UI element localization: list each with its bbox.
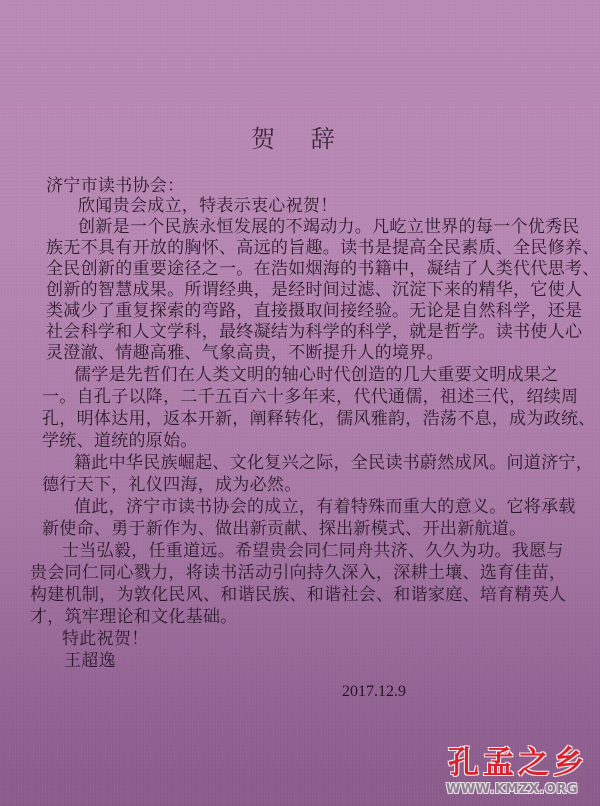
letter-page: 贺 辞 济宁市读书协会： 欣闻贵会成立，特表示衷心祝贺！ 创新是一个民族永恒发展… [0, 0, 600, 806]
document-title: 贺 辞 [0, 119, 600, 154]
body-line: 类减少了重复探索的弯路，直接摄取间接经验。无论是自然科学，还是 [46, 301, 582, 321]
body-line: 儒学是先哲们在人类文明的轴心时代创造的几大重要文明成果之 [74, 365, 558, 385]
watermark-site-name: 孔孟之乡 [448, 746, 588, 780]
salutation: 济宁市读书协会： [46, 176, 184, 196]
body-line: 欣闻贵会成立，特表示衷心祝贺！ [78, 196, 338, 216]
body-line: 创新是一个民族永恒发展的不竭动力。凡屹立世界的每一个优秀民 [78, 217, 580, 237]
body-line: 值此，济宁市读书协会的成立，有着特殊而重大的意义。它将承载 [74, 497, 576, 517]
document-date: 2017.12.9 [342, 683, 406, 701]
body-line: 构建机制，为敦化民风、和谐民族、和谐社会、和谐家庭、培育精英人 [30, 585, 566, 605]
body-line: 创新的智慧成果。所谓经典，是经时间过滤、沉淀下来的精华，它使人 [46, 280, 582, 300]
body-line: 全民创新的重要途径之一。在浩如烟海的书籍中，凝结了人类代代思考、 [46, 259, 600, 279]
body-line: 德行天下，礼仪四海，成为必然。 [42, 475, 302, 495]
body-line: 孔，明体达用，返本开新，阐释转化，儒风雅韵，浩荡不息，成为政统、 [42, 409, 596, 429]
signature: 王超逸 [64, 651, 116, 671]
body-line: 贵会同仁同心戮力，将读书活动引向持久深入，深耕土壤、选育佳苗， [30, 563, 566, 583]
body-line: 籍此中华民族崛起、文化复兴之际，全民读书蔚然成风。问道济宁， [74, 453, 593, 473]
body-line: 灵澄澈、情趣高雅、气象高贵，不断提升人的境界。 [46, 343, 444, 363]
body-line: 士当弘毅，任重道远。希望贵会同仁同舟共济、久久为功。我愿与 [62, 541, 564, 561]
body-line: 族无不具有开放的胸怀、高远的旨趣。读书是提高全民素质、全民修养、 [46, 238, 600, 258]
closing-line: 特此祝贺！ [62, 629, 149, 649]
site-watermark: 孔孟之乡 WWW.KMZX.ORG [440, 746, 600, 806]
body-line: 才，筑牢理论和文化基础。 [30, 607, 238, 627]
body-line: 新使命、勇于新作为、做出新贡献、探出新模式、开出新航道。 [42, 519, 526, 539]
body-line: 一。自孔子以降，二千五百六十多年来，代代通儒，祖述三代，绍续周 [42, 387, 578, 407]
body-line: 社会科学和人文学科，最终凝结为科学的科学，就是哲学。读书使人心 [46, 322, 582, 342]
watermark-url: WWW.KMZX.ORG [446, 782, 578, 797]
body-line: 学统、道统的原始。 [42, 431, 198, 451]
